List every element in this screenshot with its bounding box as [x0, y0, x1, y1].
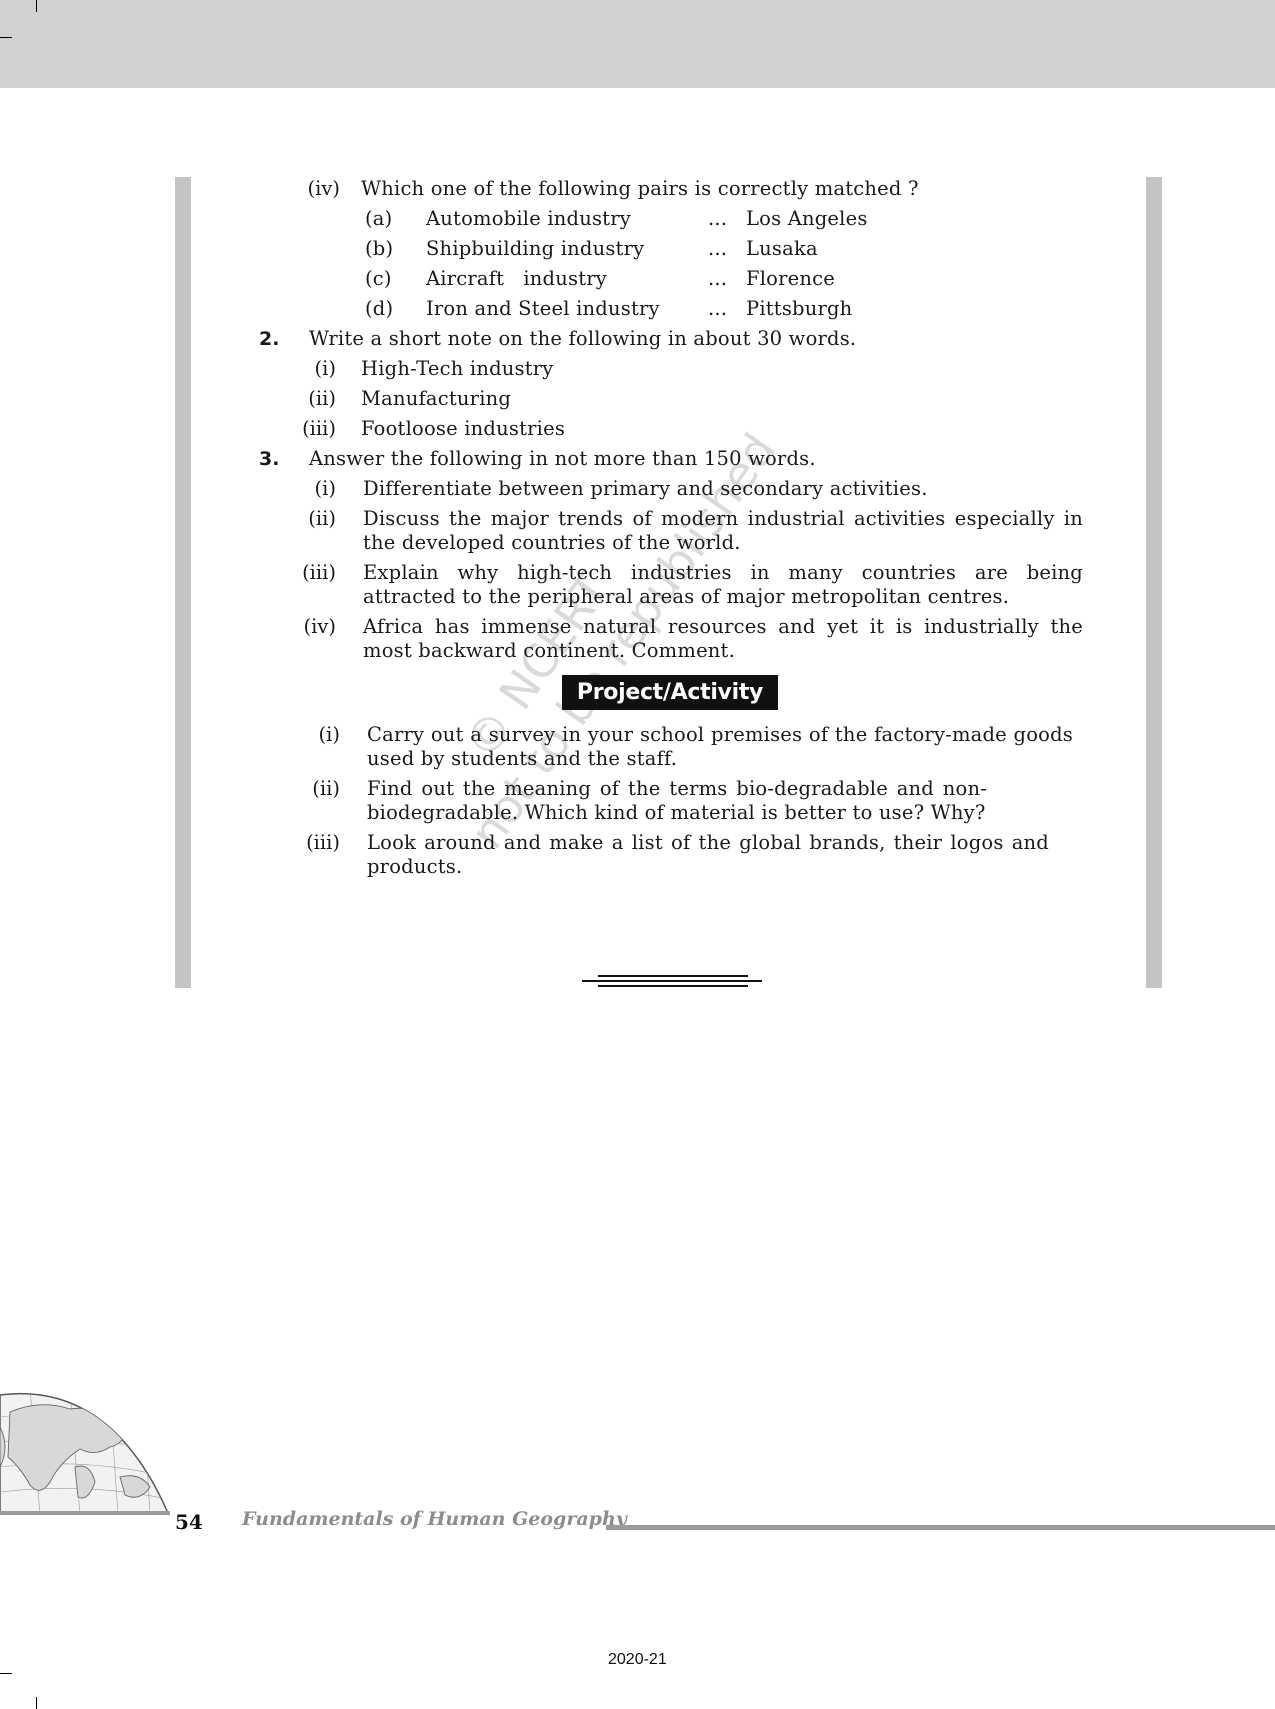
item-label: (i)	[280, 357, 336, 381]
right-margin-bar	[1146, 177, 1162, 988]
header-band	[0, 0, 1275, 88]
item-label: (iii)	[280, 561, 336, 585]
option-label: (a)	[365, 207, 392, 231]
item-label: (iii)	[280, 417, 336, 441]
item-text: Footloose industries	[361, 417, 565, 441]
crop-mark	[36, 1697, 37, 1709]
globe-icon	[0, 1387, 170, 1515]
page-number: 54	[175, 1510, 203, 1534]
option-industry: Iron and Steel industry	[426, 297, 660, 321]
option-city: Los Angeles	[746, 207, 868, 231]
footer-rule	[606, 1525, 1275, 1530]
crop-mark	[36, 0, 37, 12]
end-mark-line	[598, 985, 748, 987]
item-text: Explain why high-tech industries in many…	[363, 561, 1083, 609]
option-label: (d)	[365, 297, 393, 321]
item-text: Manufacturing	[361, 387, 511, 411]
option-separator: ...	[708, 297, 727, 321]
question-number: 2.	[259, 327, 279, 351]
crop-mark	[0, 37, 12, 38]
item-label: (ii)	[280, 507, 336, 531]
option-separator: ...	[708, 267, 727, 291]
question-number: 3.	[259, 447, 279, 471]
option-city: Lusaka	[746, 237, 818, 261]
item-label: (ii)	[280, 387, 336, 411]
option-label: (c)	[365, 267, 392, 291]
option-industry: Aircraft industry	[426, 267, 607, 291]
item-label: (iv)	[280, 615, 336, 639]
item-label: (iii)	[284, 831, 340, 855]
option-separator: ...	[708, 207, 727, 231]
item-label: (i)	[284, 723, 340, 747]
item-label: (ii)	[284, 777, 340, 801]
item-text: Find out the meaning of the terms bio-de…	[367, 777, 987, 825]
item-label: (i)	[280, 477, 336, 501]
item-text: Africa has immense natural resources and…	[363, 615, 1083, 663]
item-text: Differentiate between primary and second…	[363, 477, 1083, 501]
question-text: Answer the following in not more than 15…	[309, 447, 816, 471]
end-mark-line	[582, 980, 762, 982]
book-title: Fundamentals of Human Geography	[242, 1508, 627, 1530]
crop-mark	[0, 1673, 12, 1674]
item-text: Carry out a survey in your school premis…	[367, 723, 1073, 771]
option-industry: Shipbuilding industry	[426, 237, 644, 261]
option-label: (b)	[365, 237, 393, 261]
option-industry: Automobile industry	[426, 207, 631, 231]
item-text: Discuss the major trends of modern indus…	[363, 507, 1083, 555]
edition-year: 2020-21	[608, 1651, 667, 1669]
question-label: (iv)	[290, 177, 340, 201]
item-text: Look around and make a list of the globa…	[367, 831, 1049, 879]
question-text: Write a short note on the following in a…	[309, 327, 856, 351]
left-margin-bar	[175, 177, 191, 988]
project-activity-heading: Project/Activity	[562, 675, 778, 710]
option-city: Florence	[746, 267, 835, 291]
item-text: High-Tech industry	[361, 357, 554, 381]
end-mark-line	[598, 975, 748, 977]
question-text: Which one of the following pairs is corr…	[361, 177, 919, 201]
option-separator: ...	[708, 237, 727, 261]
option-city: Pittsburgh	[746, 297, 852, 321]
